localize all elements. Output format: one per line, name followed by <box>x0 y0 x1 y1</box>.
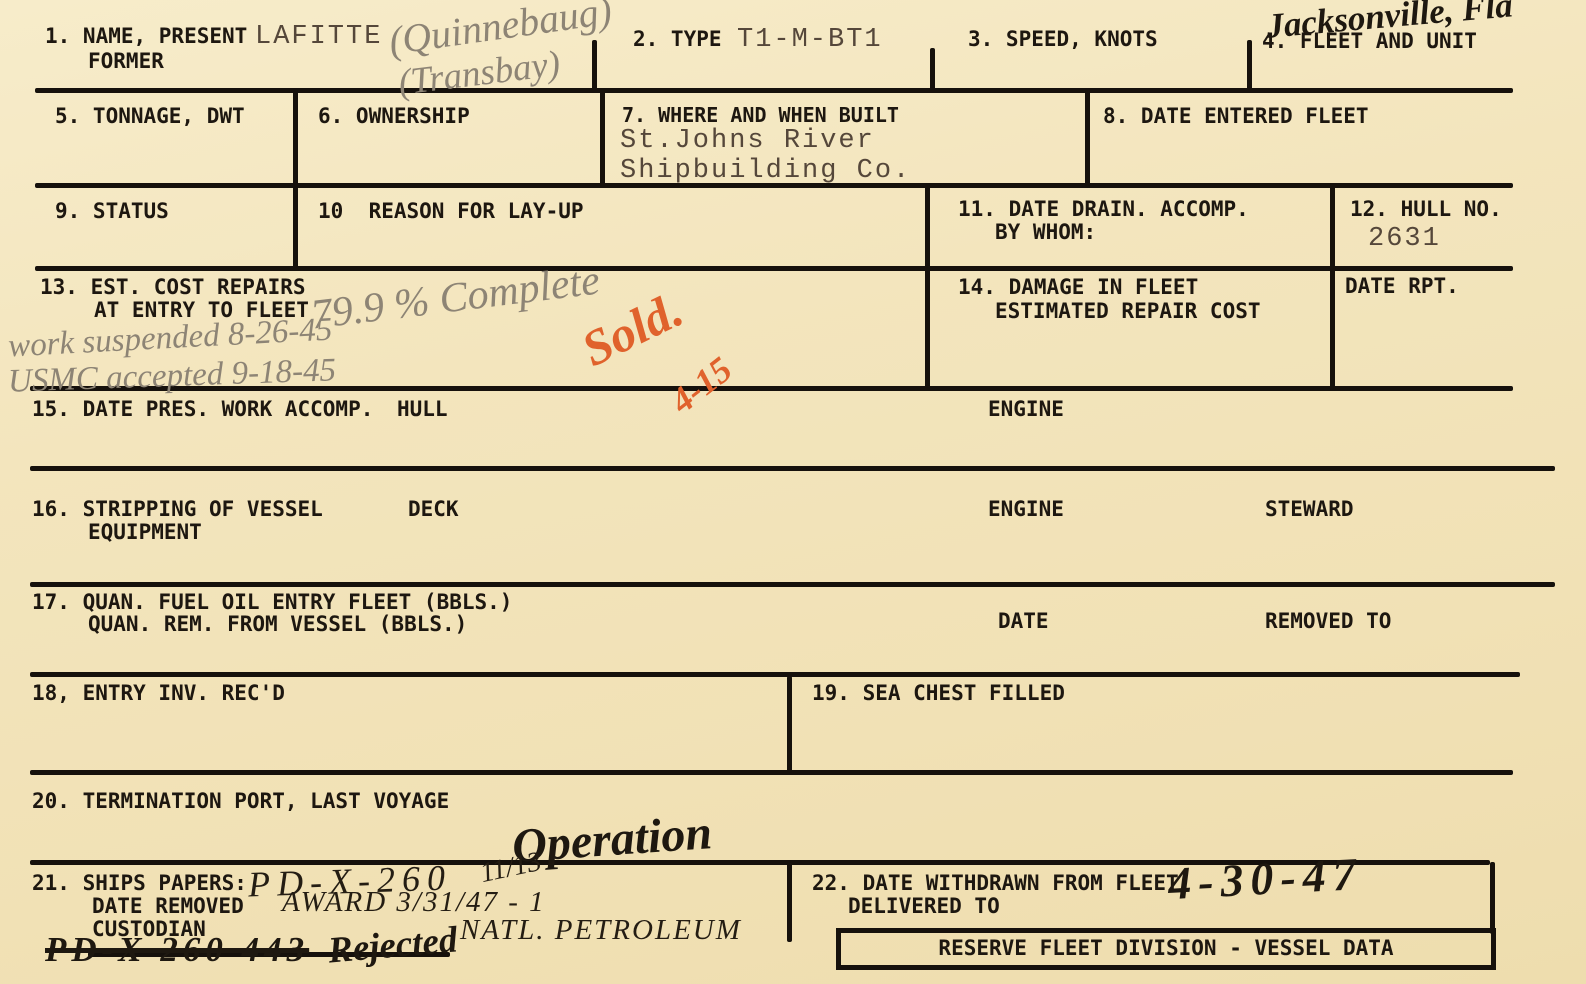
footer-title-text: RESERVE FLEET DIVISION - VESSEL DATA <box>938 937 1393 961</box>
field5-label: 5. TONNAGE, DWT <box>55 105 245 129</box>
field21-handwritten-struck-papers: PD-X 260 443 <box>45 930 309 970</box>
rule-v-right-bottom <box>1490 862 1495 934</box>
field9-label: 9. STATUS <box>55 200 169 224</box>
field11-bywhom-label: BY WHOM: <box>995 221 1096 245</box>
rule-v-hullno-daterpt <box>1330 183 1335 388</box>
field7-value-line2: Shipbuilding Co. <box>620 156 911 186</box>
rule-v-name-type <box>592 40 597 90</box>
field14-label: 14. DAMAGE IN FLEET <box>958 276 1198 300</box>
field21-handwritten-custodian: NATL. PETROLEUM <box>460 914 742 947</box>
field15-engine-label: ENGINE <box>988 398 1064 422</box>
rule-under-row3 <box>35 266 1513 271</box>
field16-steward-label: STEWARD <box>1265 498 1354 522</box>
field15-hull-label: HULL <box>397 398 448 422</box>
field11-label: 11. DATE DRAIN. ACCOMP. <box>958 198 1249 222</box>
field7-value-line1: St.Johns River <box>620 126 875 156</box>
field17-label: 17. QUAN. FUEL OIL ENTRY FLEET (BBLS.) <box>32 591 512 615</box>
field18-label: 18, ENTRY INV. REC'D <box>32 682 285 706</box>
field14-label-line2: ESTIMATED REPAIR COST <box>995 300 1261 324</box>
field2-label: 2. TYPE <box>633 28 722 52</box>
field22-handwritten-date: 4-30-47 <box>1167 847 1364 910</box>
field16-engine-label: ENGINE <box>988 498 1064 522</box>
rule-under-row6 <box>30 582 1555 587</box>
footer-title-box: RESERVE FLEET DIVISION - VESSEL DATA <box>836 928 1496 970</box>
field16-label: 16. STRIPPING OF VESSEL <box>32 498 323 522</box>
field10-label: 10 REASON FOR LAY-UP <box>318 200 584 224</box>
field20-label: 20. TERMINATION PORT, LAST VOYAGE <box>32 790 449 814</box>
field21-date-removed-label: DATE REMOVED <box>92 895 244 919</box>
field2-value-type: T1-M-BT1 <box>737 25 883 55</box>
rule-v-type-speed <box>930 48 935 90</box>
field13-label: 13. EST. COST REPAIRS <box>40 276 306 300</box>
field1-former-label: FORMER <box>88 50 164 74</box>
rule-v-entryinv-seachest <box>787 676 792 772</box>
field1-value-name: LAFITTE <box>255 22 382 52</box>
field21-handwritten-fraction: 11/13 <box>477 846 544 890</box>
rule-v-ownership-built <box>600 88 605 185</box>
field14-date-rpt-label: DATE RPT. <box>1345 275 1459 299</box>
rule-v-mid-rows3-4 <box>925 183 930 388</box>
field17-date-label: DATE <box>998 610 1049 634</box>
field21-handwritten-rejected: Rejected <box>326 918 459 972</box>
field22-delivered-to-label: DELIVERED TO <box>848 895 1000 919</box>
field7-label: 7. WHERE AND WHEN BUILT <box>622 104 899 126</box>
handwritten-sold-date: 4-15 <box>662 348 740 422</box>
field6-label: 6. OWNERSHIP <box>318 105 470 129</box>
vessel-data-card: 1. NAME, PRESENT LAFITTE FORMER (Quinneb… <box>0 0 1586 984</box>
field17-removed-to-label: REMOVED TO <box>1265 610 1391 634</box>
field8-label: 8. DATE ENTERED FLEET <box>1103 105 1369 129</box>
field22-label: 22. DATE WITHDRAWN FROM FLEET <box>812 872 1179 896</box>
rule-v-tonnage-ownership <box>293 88 298 185</box>
field1-label: 1. NAME, PRESENT <box>45 25 247 49</box>
rule-v-status-reason <box>293 183 298 268</box>
field17-label-line2: QUAN. REM. FROM VESSEL (BBLS.) <box>88 613 467 637</box>
rule-under-row5 <box>30 466 1555 471</box>
field16-label-line2: EQUIPMENT <box>88 521 202 545</box>
rule-under-row1 <box>35 88 1513 93</box>
field15-label: 15. DATE PRES. WORK ACCOMP. <box>32 398 373 422</box>
field3-label: 3. SPEED, KNOTS <box>968 28 1158 52</box>
field12-label: 12. HULL NO. <box>1350 198 1502 222</box>
rule-v-built-dateentered <box>1085 88 1090 185</box>
field12-value-hull-no: 2631 <box>1368 224 1441 254</box>
rule-v-papers-withdrawn <box>787 862 792 942</box>
rule-under-row7 <box>30 672 1520 677</box>
field19-label: 19. SEA CHEST FILLED <box>812 682 1065 706</box>
field21-label: 21. SHIPS PAPERS: <box>32 872 247 896</box>
field16-deck-label: DECK <box>408 498 459 522</box>
rule-under-row8 <box>30 770 1513 775</box>
rule-v-speed-fleet <box>1247 40 1252 90</box>
